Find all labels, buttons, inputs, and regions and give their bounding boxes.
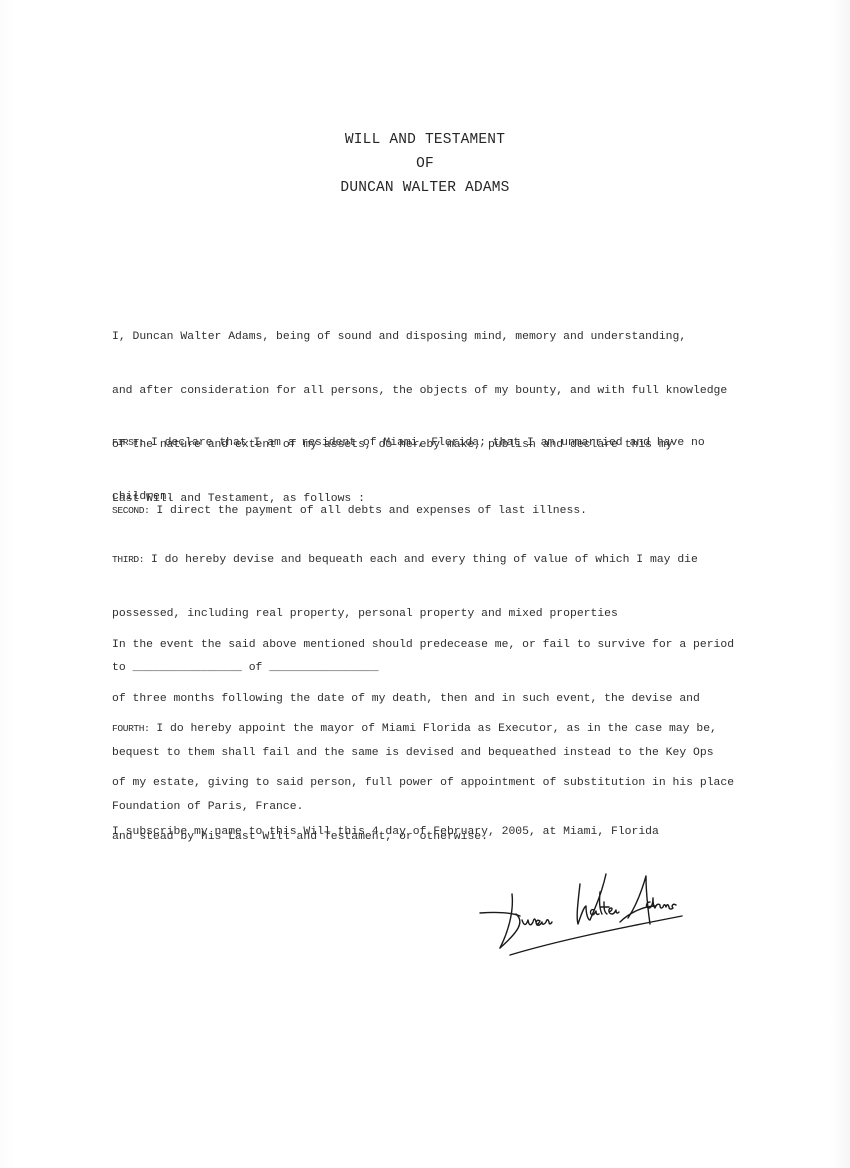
- preamble-line: I, Duncan Walter Adams, being of sound a…: [112, 328, 732, 346]
- article-third-heading: THIRD:: [112, 554, 144, 565]
- title-line-testator-name: DUNCAN WALTER ADAMS: [0, 176, 850, 200]
- title-line-will-and-testament: WILL AND TESTAMENT: [0, 128, 850, 152]
- article-third-text: I do hereby devise and bequeath each and…: [144, 554, 698, 566]
- document-page: WILL AND TESTAMENT OF DUNCAN WALTER ADAM…: [0, 0, 850, 1168]
- article-first-heading: FIRST:: [112, 437, 144, 448]
- document-title: WILL AND TESTAMENT OF DUNCAN WALTER ADAM…: [0, 128, 850, 200]
- contingency-line: In the event the said above mentioned sh…: [112, 636, 732, 654]
- article-fourth-heading: FOURTH:: [112, 723, 150, 734]
- subscription-text: I subscribe my name to this Will this 4 …: [112, 823, 732, 841]
- title-line-of: OF: [0, 152, 850, 176]
- article-first-text: I declare that I am a resident of Miami,…: [144, 437, 705, 449]
- handwritten-signature: [470, 862, 700, 962]
- article-fourth-text: I do hereby appoint the mayor of Miami F…: [150, 723, 717, 735]
